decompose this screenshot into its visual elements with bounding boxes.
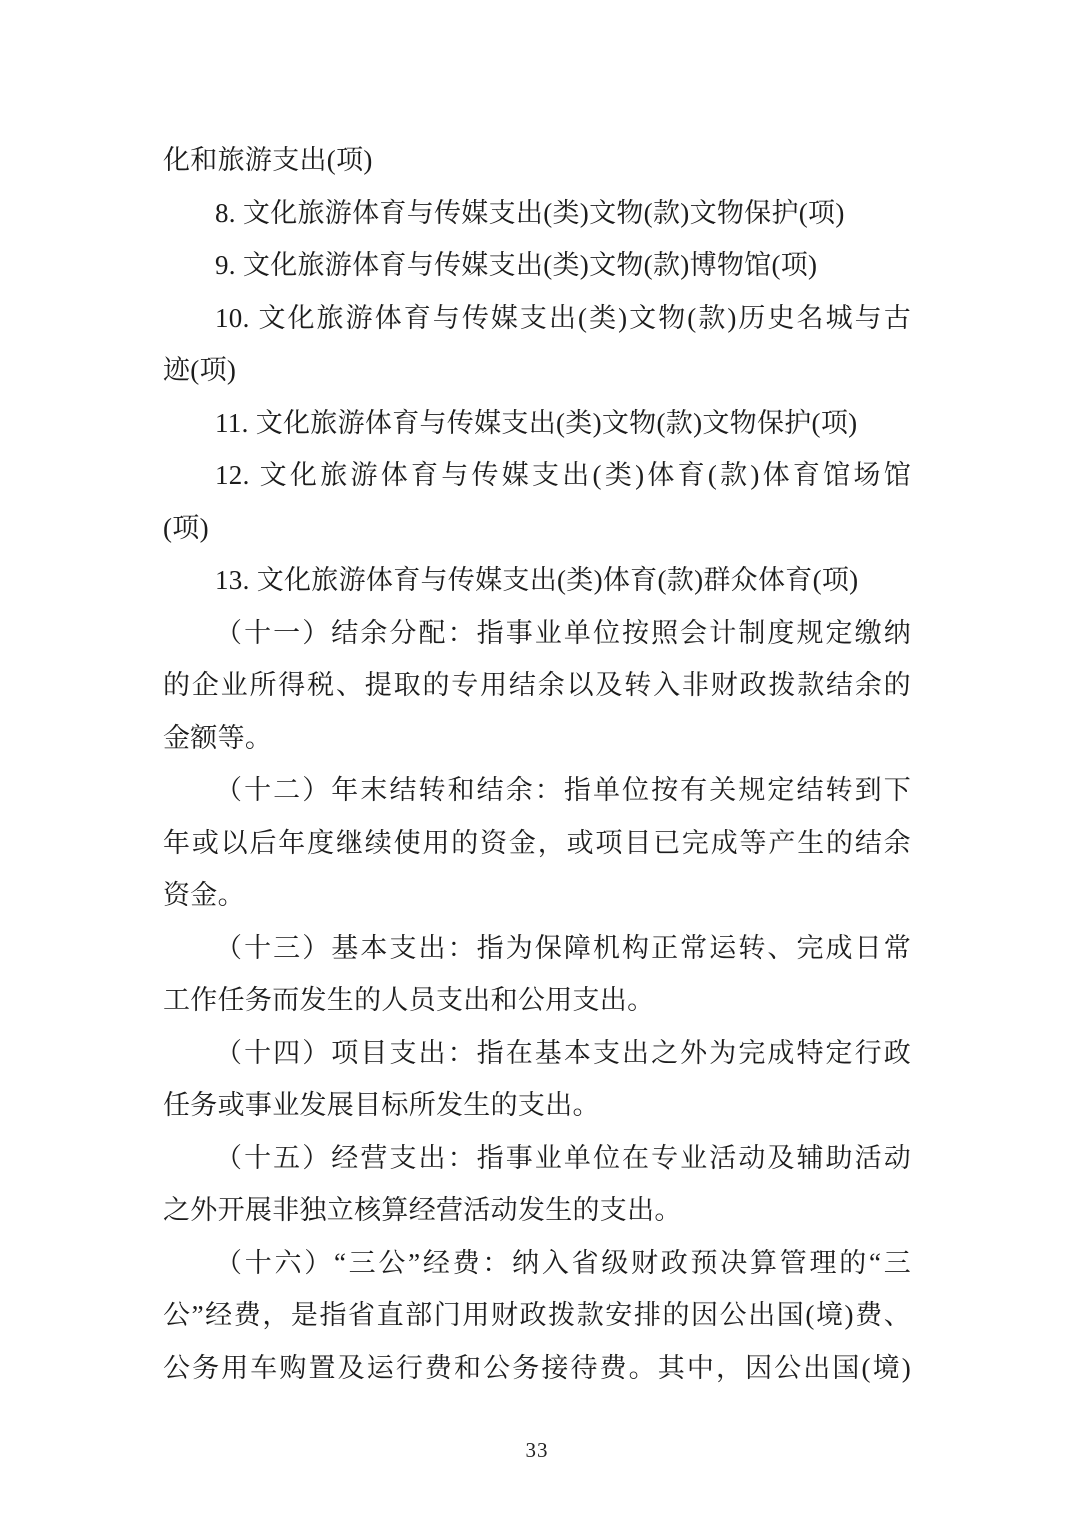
text-line: 8. 文化旅游体育与传媒支出(类)文物(款)文物保护(项) xyxy=(163,187,911,240)
text-line: 迹(项) xyxy=(163,344,911,397)
document-text-block: 化和旅游支出(项) 8. 文化旅游体育与传媒支出(类)文物(款)文物保护(项) … xyxy=(163,134,911,1394)
text-line: (项) xyxy=(163,502,911,555)
text-line: 11. 文化旅游体育与传媒支出(类)文物(款)文物保护(项) xyxy=(163,397,911,450)
text-line: （十二）年末结转和结余：指单位按有关规定结转到下 xyxy=(163,764,911,817)
text-line: 化和旅游支出(项) xyxy=(163,134,911,187)
text-line: 12. 文化旅游体育与传媒支出(类)体育(款)体育馆场馆 xyxy=(163,449,911,502)
text-line: （十五）经营支出：指事业单位在专业活动及辅助活动 xyxy=(163,1132,911,1185)
text-line: 工作任务而发生的人员支出和公用支出。 xyxy=(163,974,911,1027)
document-page: 化和旅游支出(项) 8. 文化旅游体育与传媒支出(类)文物(款)文物保护(项) … xyxy=(0,0,1074,1520)
text-line: 年或以后年度继续使用的资金，或项目已完成等产生的结余 xyxy=(163,817,911,870)
text-line: （十一）结余分配：指事业单位按照会计制度规定缴纳 xyxy=(163,607,911,660)
text-line: 的企业所得税、提取的专用结余以及转入非财政拨款结余的 xyxy=(163,659,911,712)
text-line: 10. 文化旅游体育与传媒支出(类)文物(款)历史名城与古 xyxy=(163,292,911,345)
text-line: 9. 文化旅游体育与传媒支出(类)文物(款)博物馆(项) xyxy=(163,239,911,292)
text-line: 任务或事业发展目标所发生的支出。 xyxy=(163,1079,911,1132)
text-line: （十四）项目支出：指在基本支出之外为完成特定行政 xyxy=(163,1027,911,1080)
text-line: 资金。 xyxy=(163,869,911,922)
text-line: 之外开展非独立核算经营活动发生的支出。 xyxy=(163,1184,911,1237)
text-line: 公务用车购置及运行费和公务接待费。其中，因公出国(境) xyxy=(163,1342,911,1395)
text-line: （十六）“三公”经费：纳入省级财政预决算管理的“三 xyxy=(163,1237,911,1290)
text-line: （十三）基本支出：指为保障机构正常运转、完成日常 xyxy=(163,922,911,975)
text-line: 金额等。 xyxy=(163,712,911,765)
text-line: 13. 文化旅游体育与传媒支出(类)体育(款)群众体育(项) xyxy=(163,554,911,607)
text-line: 公”经费，是指省直部门用财政拨款安排的因公出国(境)费、 xyxy=(163,1289,911,1342)
page-number: 33 xyxy=(0,1438,1074,1463)
